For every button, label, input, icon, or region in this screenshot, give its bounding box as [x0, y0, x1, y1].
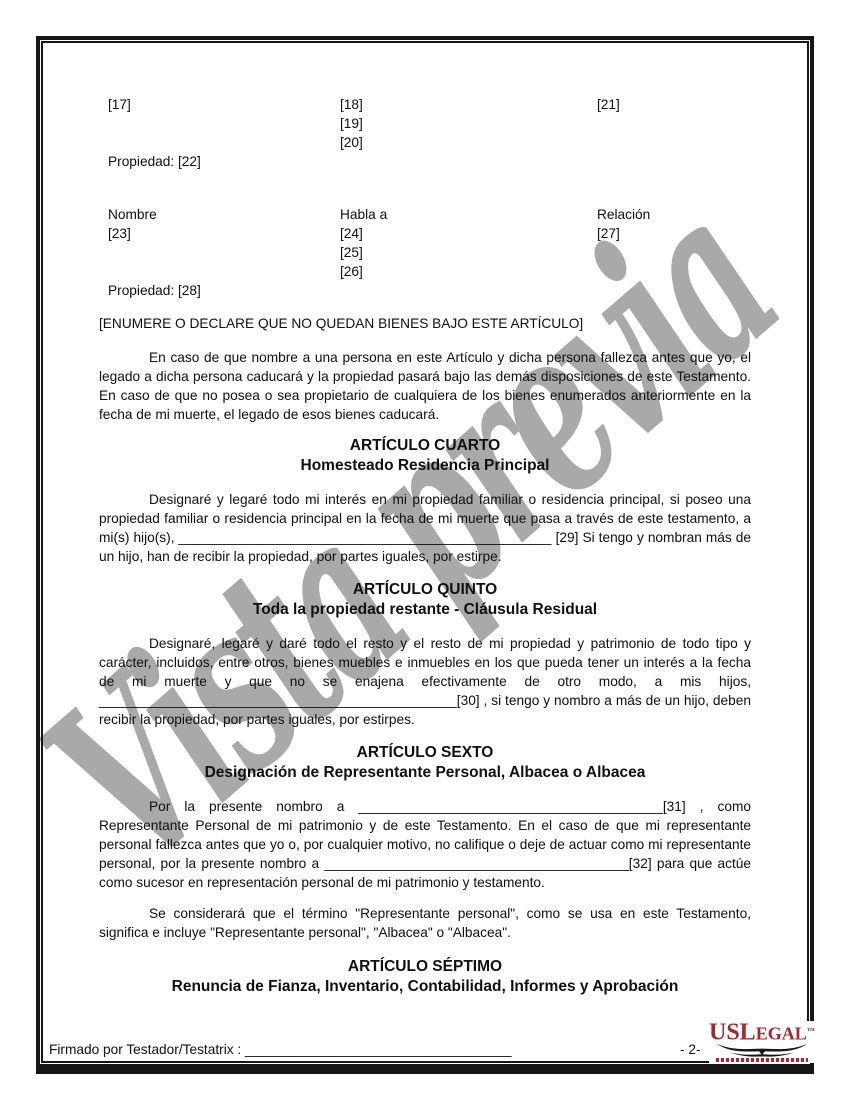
trademark-symbol: ™ — [807, 1026, 815, 1035]
article-quinto-subtitle: Toda la propiedad restante - Cláusula Re… — [99, 600, 751, 620]
article-sexto-subtitle: Designación de Representante Personal, A… — [99, 763, 751, 783]
article-cuarto-subtitle: Homesteado Residencia Principal — [99, 456, 751, 476]
beneficiary-1-relation-column: [21] — [597, 95, 751, 152]
beneficiary-1-propiedad: Propiedad: [22] — [108, 152, 751, 171]
intro-paragraph: En caso de que nombre a una persona en e… — [99, 348, 751, 424]
article-sexto-body: Por la presente nombro a _______________… — [99, 797, 751, 892]
article-sexto-body-2: Se considerará que el término "Represent… — [99, 904, 751, 942]
uslegal-wordmark-small: EGAL — [756, 1023, 807, 1043]
signature-blank-line: ___________________________________ — [245, 1042, 511, 1057]
article-quinto-title: ARTÍCULO QUINTO — [99, 580, 751, 600]
article-septimo-title: ARTÍCULO SÉPTIMO — [99, 957, 751, 977]
beneficiary-2-address-column: Habla a [24] [25] [26] — [340, 205, 597, 281]
uslegal-wordmark: USLEGAL™ — [709, 1021, 814, 1045]
signature-row: Firmado por Testador/Testatrix : _______… — [49, 1042, 511, 1057]
beneficiary-2-propiedad: Propiedad: [28] — [108, 281, 751, 300]
signature-label: Firmado por Testador/Testatrix : — [49, 1042, 241, 1057]
beneficiary-2-name-column: Nombre [23] — [108, 205, 340, 281]
document-content: [17] [18] [19] [20] [21] Propiedad: [22]… — [99, 95, 751, 996]
article-sexto-title: ARTÍCULO SEXTO — [99, 743, 751, 763]
beneficiary-2-relation-column: Relación [27] — [597, 205, 751, 281]
red-tagline-strip — [716, 1058, 808, 1062]
uslegal-logo: USLEGAL™ — [709, 1021, 814, 1063]
article-septimo-subtitle: Renuncia de Fianza, Inventario, Contabil… — [99, 977, 751, 997]
beneficiary-group-2: Nombre [23] Habla a [24] [25] [26] Relac… — [99, 205, 751, 300]
uslegal-wordmark-large: USL — [709, 1019, 756, 1045]
document-page: Vista previa [17] [18] [19] [20] [21] Pr… — [0, 0, 850, 1100]
beneficiary-1-name-column: [17] — [108, 95, 340, 152]
article-cuarto-body: Designaré y legaré todo mi interés en mi… — [99, 490, 751, 566]
article-quinto-body: Designaré, legaré y daré todo el resto y… — [99, 634, 751, 729]
beneficiary-group-1: [17] [18] [19] [20] [21] Propiedad: [22] — [99, 95, 751, 171]
page-number: - 2- — [680, 1042, 701, 1057]
article-cuarto-title: ARTÍCULO CUARTO — [99, 436, 751, 456]
beneficiary-1-address-column: [18] [19] [20] — [340, 95, 597, 152]
enumerate-instruction-note: [ENUMERE O DECLARE QUE NO QUEDAN BIENES … — [99, 314, 751, 333]
